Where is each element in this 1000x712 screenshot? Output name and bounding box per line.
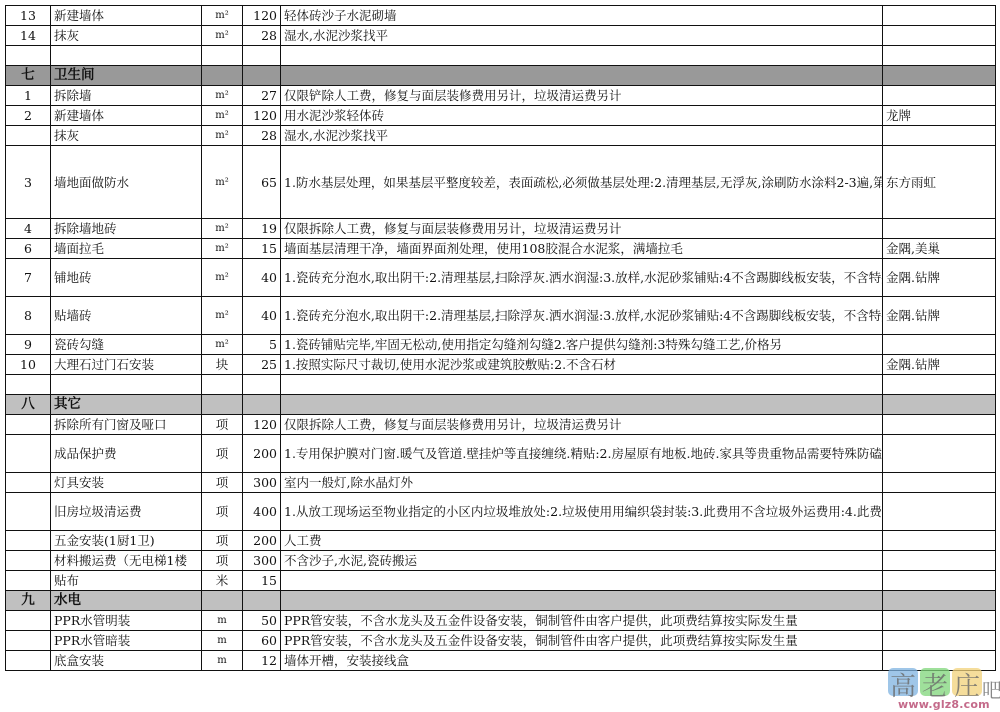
item-description: 1.瓷砖充分泡水,取出阴干:2.清理基层,扫除浮灰.洒水润湿:3.放样,水泥砂浆…	[281, 297, 883, 335]
item-number	[6, 435, 51, 473]
item-price: 15	[243, 571, 281, 591]
item-name: 成品保护费	[51, 435, 202, 473]
item-description: 1.瓷砖铺贴完毕,牢固无松动,使用指定勾缝剂勾缝2.客户提供勾缝剂:3特殊勾缝工…	[281, 335, 883, 355]
section-number: 七	[6, 66, 51, 86]
table-row: 成品保护费项2001.专用保护膜对门窗.暖气及管道.壁挂炉等直接缠绕.精贴:2.…	[6, 435, 996, 473]
item-name: 新建墙体	[51, 106, 202, 126]
table-row: 贴布米15	[6, 571, 996, 591]
item-unit: 块	[202, 355, 243, 375]
item-name: 墙面拉毛	[51, 239, 202, 259]
price-cell	[243, 46, 281, 66]
item-number	[6, 126, 51, 146]
item-description: 轻体砖沙子水泥砌墙	[281, 6, 883, 26]
item-brand: 金隅.钻牌	[883, 259, 996, 297]
item-brand	[883, 571, 996, 591]
item-price: 300	[243, 473, 281, 493]
desc-cell	[281, 375, 883, 395]
item-price: 120	[243, 106, 281, 126]
table-row: 拆除所有门窗及哑口项120仅限拆除人工费，修复与面层装修费用另计，垃圾清运费另计	[6, 415, 996, 435]
item-description: 人工费	[281, 531, 883, 551]
item-name: 拆除墙地砖	[51, 219, 202, 239]
item-price: 19	[243, 219, 281, 239]
item-brand	[883, 26, 996, 46]
item-name: 贴墙砖	[51, 297, 202, 335]
item-unit: m²	[202, 259, 243, 297]
section-header-row: 九水电	[6, 591, 996, 611]
item-description: 1.专用保护膜对门窗.暖气及管道.壁挂炉等直接缠绕.精贴:2.房屋原有地板.地砖…	[281, 435, 883, 473]
item-number: 13	[6, 6, 51, 26]
item-name: 新建墙体	[51, 6, 202, 26]
table-row: 13新建墙体m²120轻体砖沙子水泥砌墙	[6, 6, 996, 26]
item-price: 12	[243, 651, 281, 671]
table-row: 7铺地砖m²401.瓷砖充分泡水,取出阴干:2.清理基层,扫除浮灰.洒水润湿:3…	[6, 259, 996, 297]
item-description: 室内一般灯,除水晶灯外	[281, 473, 883, 493]
item-brand	[883, 531, 996, 551]
price-cell	[243, 66, 281, 86]
item-number: 9	[6, 335, 51, 355]
name-cell	[51, 375, 202, 395]
item-number	[6, 551, 51, 571]
watermark-url: www.glz8.com	[898, 698, 990, 711]
item-name: PPR水管明装	[51, 611, 202, 631]
table-row: 材料搬运费（无电梯1楼项300不含沙子,水泥,瓷砖搬运	[6, 551, 996, 571]
item-price: 27	[243, 86, 281, 106]
item-description: 湿水,水泥沙浆找平	[281, 26, 883, 46]
item-brand	[883, 473, 996, 493]
item-unit: m²	[202, 219, 243, 239]
table-row: 底盒安装m12墙体开槽，安装接线盒	[6, 651, 996, 671]
item-number	[6, 631, 51, 651]
item-description: PPR管安装，不含水龙头及五金件设备安装，铜制管件由客户提供，此项费结算按实际发…	[281, 631, 883, 651]
item-name: 抹灰	[51, 126, 202, 146]
section-header-row: 八其它	[6, 395, 996, 415]
item-name: 底盒安装	[51, 651, 202, 671]
item-description: 仅限铲除人工费，修复与面层装修费用另计，垃圾清运费另计	[281, 86, 883, 106]
item-brand	[883, 335, 996, 355]
no-cell	[6, 375, 51, 395]
item-number: 8	[6, 297, 51, 335]
item-unit: m²	[202, 297, 243, 335]
unit-cell	[202, 395, 243, 415]
item-number: 4	[6, 219, 51, 239]
item-brand: 东方雨虹	[883, 146, 996, 219]
item-description: 1.按照实际尺寸裁切,使用水泥沙浆或建筑胶敷贴:2.不含石材	[281, 355, 883, 375]
item-brand	[883, 86, 996, 106]
unit-cell	[202, 591, 243, 611]
table-row: 五金安装(1厨1卫)项200人工费	[6, 531, 996, 551]
item-number: 7	[6, 259, 51, 297]
item-unit: m²	[202, 335, 243, 355]
item-brand: 龙牌	[883, 106, 996, 126]
table-row: 1拆除墙m²27仅限铲除人工费，修复与面层装修费用另计，垃圾清运费另计	[6, 86, 996, 106]
table-body: 13新建墙体m²120轻体砖沙子水泥砌墙14抹灰m²28湿水,水泥沙浆找平七卫生…	[6, 6, 996, 671]
item-brand: 金隅.钻牌	[883, 297, 996, 335]
item-brand	[883, 126, 996, 146]
item-description: 墙体开槽，安装接线盒	[281, 651, 883, 671]
item-brand	[883, 493, 996, 531]
item-number	[6, 611, 51, 631]
table-row: 2新建墙体m²120用水泥沙浆轻体砖龙牌	[6, 106, 996, 126]
item-description: 墙面基层清理干净，墙面界面剂处理，使用108胶混合水泥浆，满墙拉毛	[281, 239, 883, 259]
blank-row	[6, 375, 996, 395]
item-price: 5	[243, 335, 281, 355]
unit-cell	[202, 375, 243, 395]
item-brand	[883, 219, 996, 239]
item-description: 仅限拆除人工费，修复与面层装修费用另计，垃圾清运费另计	[281, 415, 883, 435]
item-number: 6	[6, 239, 51, 259]
item-brand	[883, 551, 996, 571]
item-name: PPR水管暗装	[51, 631, 202, 651]
unit-cell	[202, 46, 243, 66]
item-price: 200	[243, 531, 281, 551]
item-name: 铺地砖	[51, 259, 202, 297]
item-number	[6, 651, 51, 671]
item-unit: 项	[202, 473, 243, 493]
item-price: 28	[243, 126, 281, 146]
item-name: 墙地面做防水	[51, 146, 202, 219]
desc-cell	[281, 591, 883, 611]
table-row: 3墙地面做防水m²651.防水基层处理，如果基层平整度较差，表面疏松,必须做基层…	[6, 146, 996, 219]
table-row: 14抹灰m²28湿水,水泥沙浆找平	[6, 26, 996, 46]
item-name: 抹灰	[51, 26, 202, 46]
item-number: 3	[6, 146, 51, 219]
item-number: 1	[6, 86, 51, 106]
table-row: 6墙面拉毛m²15墙面基层清理干净，墙面界面剂处理，使用108胶混合水泥浆，满墙…	[6, 239, 996, 259]
item-unit: m²	[202, 126, 243, 146]
table-row: 8贴墙砖m²401.瓷砖充分泡水,取出阴干:2.清理基层,扫除浮灰.洒水润湿:3…	[6, 297, 996, 335]
item-price: 60	[243, 631, 281, 651]
item-price: 40	[243, 259, 281, 297]
table-row: 灯具安装项300室内一般灯,除水晶灯外	[6, 473, 996, 493]
item-price: 200	[243, 435, 281, 473]
item-description	[281, 571, 883, 591]
item-number	[6, 571, 51, 591]
item-price: 50	[243, 611, 281, 631]
item-brand: 金隅.钻牌	[883, 355, 996, 375]
item-description: 1.防水基层处理，如果基层平整度较差，表面疏松,必须做基层处理:2.清理基层,无…	[281, 146, 883, 219]
item-price: 300	[243, 551, 281, 571]
name-cell	[51, 46, 202, 66]
item-number: 2	[6, 106, 51, 126]
item-number	[6, 493, 51, 531]
item-unit: m²	[202, 86, 243, 106]
no-cell	[6, 46, 51, 66]
brand-cell	[883, 375, 996, 395]
item-number	[6, 415, 51, 435]
item-number: 10	[6, 355, 51, 375]
item-description: 用水泥沙浆轻体砖	[281, 106, 883, 126]
item-brand	[883, 6, 996, 26]
item-price: 15	[243, 239, 281, 259]
item-brand	[883, 415, 996, 435]
item-name: 拆除所有门窗及哑口	[51, 415, 202, 435]
table-row: PPR水管暗装m60PPR管安装，不含水龙头及五金件设备安装，铜制管件由客户提供…	[6, 631, 996, 651]
section-number: 九	[6, 591, 51, 611]
item-unit: 项	[202, 415, 243, 435]
item-name: 拆除墙	[51, 86, 202, 106]
item-name: 材料搬运费（无电梯1楼	[51, 551, 202, 571]
brand-cell	[883, 46, 996, 66]
item-unit: 项	[202, 551, 243, 571]
item-unit: 项	[202, 435, 243, 473]
price-cell	[243, 375, 281, 395]
section-number: 八	[6, 395, 51, 415]
item-number: 14	[6, 26, 51, 46]
item-brand	[883, 611, 996, 631]
item-unit: m²	[202, 106, 243, 126]
item-price: 28	[243, 26, 281, 46]
item-description: PPR管安装，不含水龙头及五金件设备安装，铜制管件由客户提供，此项费结算按实际发…	[281, 611, 883, 631]
item-description: 1.从放工现场运至物业指定的小区内垃圾堆放处:2.垃圾使用用编织袋封装:3.此费…	[281, 493, 883, 531]
site-watermark: 高 老 庄 吧 www.glz8.com	[888, 668, 1000, 712]
item-name: 旧房垃圾清运费	[51, 493, 202, 531]
item-unit: 项	[202, 531, 243, 551]
table-row: 旧房垃圾清运费项4001.从放工现场运至物业指定的小区内垃圾堆放处:2.垃圾使用…	[6, 493, 996, 531]
desc-cell	[281, 66, 883, 86]
table-row: 9瓷砖勾缝m²51.瓷砖铺贴完毕,牢固无松动,使用指定勾缝剂勾缝2.客户提供勾缝…	[6, 335, 996, 355]
item-brand: 金隅,美巢	[883, 239, 996, 259]
item-price: 120	[243, 415, 281, 435]
item-name: 五金安装(1厨1卫)	[51, 531, 202, 551]
item-name: 大理石过门石安装	[51, 355, 202, 375]
price-cell	[243, 591, 281, 611]
item-price: 120	[243, 6, 281, 26]
item-name: 灯具安装	[51, 473, 202, 493]
price-cell	[243, 395, 281, 415]
item-unit: m	[202, 651, 243, 671]
item-price: 400	[243, 493, 281, 531]
item-price: 40	[243, 297, 281, 335]
item-unit: m²	[202, 146, 243, 219]
brand-cell	[883, 395, 996, 415]
item-brand	[883, 631, 996, 651]
item-unit: 米	[202, 571, 243, 591]
table-row: 10大理石过门石安装块251.按照实际尺寸裁切,使用水泥沙浆或建筑胶敷贴:2.不…	[6, 355, 996, 375]
desc-cell	[281, 395, 883, 415]
table-row: 4拆除墙地砖m²19仅限拆除人工费，修复与面层装修费用另计，垃圾清运费另计	[6, 219, 996, 239]
quotation-table: 13新建墙体m²120轻体砖沙子水泥砌墙14抹灰m²28湿水,水泥沙浆找平七卫生…	[5, 5, 996, 671]
section-title: 水电	[51, 591, 202, 611]
item-number	[6, 473, 51, 493]
item-unit: m²	[202, 26, 243, 46]
desc-cell	[281, 46, 883, 66]
item-unit: 项	[202, 493, 243, 531]
item-price: 65	[243, 146, 281, 219]
item-name: 贴布	[51, 571, 202, 591]
item-brand	[883, 435, 996, 473]
section-title: 其它	[51, 395, 202, 415]
item-price: 25	[243, 355, 281, 375]
item-number	[6, 531, 51, 551]
item-name: 瓷砖勾缝	[51, 335, 202, 355]
item-description: 仅限拆除人工费，修复与面层装修费用另计，垃圾清运费另计	[281, 219, 883, 239]
table-row: PPR水管明装m50PPR管安装，不含水龙头及五金件设备安装，铜制管件由客户提供…	[6, 611, 996, 631]
item-description: 1.瓷砖充分泡水,取出阴干:2.清理基层,扫除浮灰.洒水润湿:3.放样,水泥砂浆…	[281, 259, 883, 297]
item-unit: m	[202, 631, 243, 651]
item-unit: m	[202, 611, 243, 631]
item-unit: m²	[202, 6, 243, 26]
table-row: 抹灰m²28湿水,水泥沙浆找平	[6, 126, 996, 146]
item-description: 不含沙子,水泥,瓷砖搬运	[281, 551, 883, 571]
unit-cell	[202, 66, 243, 86]
section-header-row: 七卫生间	[6, 66, 996, 86]
blank-row	[6, 46, 996, 66]
section-title: 卫生间	[51, 66, 202, 86]
item-description: 湿水,水泥沙浆找平	[281, 126, 883, 146]
item-unit: m²	[202, 239, 243, 259]
brand-cell	[883, 591, 996, 611]
brand-cell	[883, 66, 996, 86]
